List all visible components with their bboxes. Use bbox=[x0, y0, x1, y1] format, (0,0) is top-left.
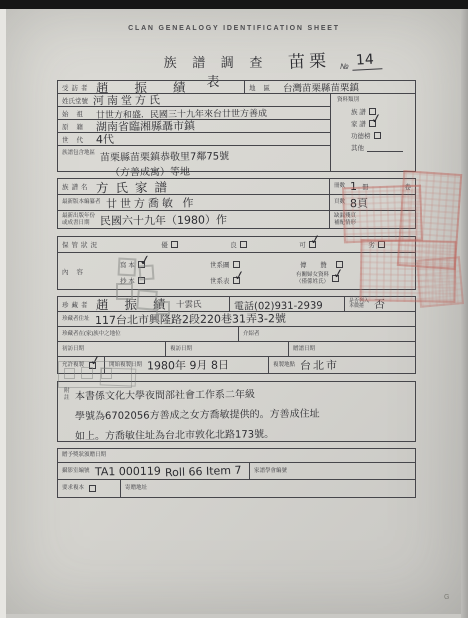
field-pages: 頁數 8頁 bbox=[329, 194, 416, 211]
content-item-label: 世系圖 bbox=[210, 260, 230, 269]
scan-left-edge bbox=[0, 9, 6, 618]
field-generations: 世代 4代 bbox=[57, 132, 331, 146]
field-film-number: 攝影室編號 TA1 000119 Roll 66 Item 7 bbox=[57, 462, 250, 480]
film-number-value: TA1 000119 bbox=[94, 464, 160, 478]
sheet-title: CLAN GENEALOGY IDENTIFICATION SHEET bbox=[0, 25, 468, 32]
field-gift-date: 贈譜日期 bbox=[288, 341, 416, 357]
category-label: 功德榜 bbox=[351, 131, 371, 140]
field-defect: 缺漏殘頁 補配情形 bbox=[329, 210, 416, 229]
checkbox bbox=[369, 108, 376, 115]
volumes-unit2: 卷 bbox=[405, 182, 412, 191]
condition-opt-label: 優 bbox=[161, 240, 168, 249]
checkbox: ✓ bbox=[332, 275, 339, 282]
content-women-data: 有關婦女資料 （僅係姓氏） ✓ bbox=[296, 272, 339, 285]
category-item-jiapu: 家 譜 ✓ bbox=[351, 119, 376, 128]
condition-label: 保管狀況 bbox=[62, 240, 100, 249]
notes-label-2: 註 bbox=[64, 395, 70, 402]
condition-opt-excellent: 優 bbox=[161, 240, 178, 249]
first-visit-label: 初訪日期 bbox=[62, 346, 84, 353]
field-permit-copy: 允許複製 ✓ bbox=[57, 356, 105, 374]
notes-line3: 如上。方喬敏住址為台北市敦化北路173號。 bbox=[74, 425, 319, 443]
interviewee-label: 受訪者 bbox=[62, 83, 91, 92]
category-label: 族 譜 bbox=[351, 107, 366, 116]
scanned-document: CLAN GENEALOGY IDENTIFICATION SHEET 族 譜 … bbox=[0, 0, 468, 618]
field-content: 內容 寫 本 ✓ 抄 本 世系圖 世系表 ✓ 傳 贊 有關婦女資料 （僅係姓氏）… bbox=[57, 252, 416, 290]
copy-place-value: 台北市 bbox=[300, 357, 339, 373]
content-copy: 抄 本 bbox=[120, 276, 145, 285]
generations-label: 世代 bbox=[62, 135, 91, 144]
field-compiler: 最新版本編纂者 廿世方喬敏 作 bbox=[57, 194, 330, 211]
condition-opt-fair: 可 ✓ bbox=[299, 240, 316, 249]
field-microfilm-question: 是否列入 本微捲 否 bbox=[344, 296, 416, 312]
field-pubdate: 最新出版年份 或成書日期 民國六十九年（1980）作 bbox=[57, 210, 330, 229]
field-hall: 姓氏堂號 河南堂方氏 bbox=[57, 93, 331, 107]
category-box: 資料類別 族 譜 家 譜 ✓ 功德榜 其他 bbox=[330, 93, 416, 172]
number-value: 14 bbox=[352, 51, 383, 71]
permit-copy-label: 允許複製 bbox=[62, 362, 84, 369]
category-item-gongdebang: 功德榜 bbox=[351, 131, 381, 140]
field-award-date: 贈予獎狀頒贈日期 bbox=[57, 448, 416, 463]
defect-label2: 補配情形 bbox=[334, 220, 356, 227]
content-item-label: 寫 本 bbox=[120, 260, 135, 269]
coverage-line1: 苗栗縣苗栗鎮恭敬里7鄰75號 bbox=[100, 147, 229, 163]
checkbox bbox=[233, 261, 240, 268]
gift-date-label: 贈譜日期 bbox=[293, 346, 315, 353]
checkbox: ✓ bbox=[233, 277, 240, 284]
checkbox bbox=[171, 241, 178, 248]
notes-line1: 本書係文化大學夜間部社會工作系二年級 bbox=[74, 385, 319, 403]
field-genealogy-title: 族譜名 方氏家譜 bbox=[57, 178, 330, 195]
compiler-value: 廿世方喬敏 作 bbox=[105, 194, 196, 211]
condition-opt-label: 可 bbox=[299, 240, 306, 249]
award-date-label: 贈予獎狀頒贈日期 bbox=[62, 452, 106, 459]
condition-opt-good: 良 bbox=[230, 240, 247, 249]
film-roll-value: Roll 66 Item 7 bbox=[165, 463, 242, 479]
volumes-unit: 冊 bbox=[362, 182, 369, 191]
condition-opt-label: 劣 bbox=[368, 240, 375, 249]
checkbox bbox=[138, 277, 145, 284]
holder-position-label: 珍藏者在(家)族中之地位 bbox=[62, 331, 121, 338]
compiler-label: 最新版本編纂者 bbox=[62, 199, 101, 206]
checkbox bbox=[89, 485, 96, 492]
holder-address-label: 珍藏者住址 bbox=[62, 316, 90, 323]
field-first-visit: 初訪日期 bbox=[57, 341, 166, 357]
field-condition: 保管狀況 優 良 可 ✓ 劣 bbox=[57, 236, 416, 253]
microfilm-label2: 本微捲 bbox=[349, 304, 369, 310]
content-item-label: 傳 贊 bbox=[300, 260, 333, 269]
copy-date-label: 開始複製日期 bbox=[109, 362, 142, 369]
notes-box: 附 註 本書係文化大學夜間部社會工作系二年級 學號為6702056方善成之女方喬… bbox=[57, 381, 416, 442]
field-revisit: 複訪日期 bbox=[165, 341, 289, 357]
copy-place-label: 複製地點 bbox=[273, 362, 295, 369]
field-copy-place: 複製地點 台北市 bbox=[268, 356, 416, 374]
holder-label: 珍藏者 bbox=[62, 300, 91, 309]
coverage-label: 族譜包含地區 bbox=[62, 150, 95, 157]
content-lineage-chart: 世系圖 bbox=[210, 260, 240, 269]
introducer-label: 介紹者 bbox=[243, 331, 260, 338]
mailing-address-label: 寄贈地址 bbox=[125, 485, 147, 492]
checkbox: ✓ bbox=[309, 241, 316, 248]
field-coverage: 族譜包含地區 苗栗縣苗栗鎮恭敬里7鄰75號 （方善成寓）等地 bbox=[57, 145, 331, 172]
category-label: 家 譜 bbox=[351, 119, 366, 128]
checkbox bbox=[240, 241, 247, 248]
founder-label: 始祖 bbox=[62, 109, 91, 118]
condition-opt-poor: 劣 bbox=[368, 240, 385, 249]
field-copy-date: 開始複製日期 1980年 9月 8日 bbox=[104, 356, 269, 374]
content-portrait-eulogy: 傳 贊 bbox=[300, 260, 343, 269]
copy-request-label: 要求複本 bbox=[62, 485, 84, 492]
field-holder-position: 珍藏者在(家)族中之地位 bbox=[57, 326, 239, 342]
field-copy-request: 要求複本 bbox=[57, 479, 121, 498]
pubdate-label2: 或成書日期 bbox=[62, 220, 95, 227]
volumes-value: 1 bbox=[350, 180, 357, 193]
coverage-line2: （方善成寓）等地 bbox=[110, 162, 229, 178]
field-introducer: 介紹者 bbox=[238, 326, 416, 342]
region-handwritten: 苗栗 bbox=[288, 46, 331, 72]
copy-date-value: 1980年 9月 8日 bbox=[147, 357, 229, 374]
area-label: 地區 bbox=[249, 83, 278, 92]
checkbox bbox=[374, 132, 381, 139]
number-label: № bbox=[340, 62, 349, 71]
film-number-label: 攝影室編號 bbox=[62, 468, 90, 475]
content-item-label: 世系表 bbox=[210, 276, 230, 285]
women-label2: （僅係姓氏） bbox=[296, 279, 329, 286]
checkbox bbox=[336, 261, 343, 268]
origin-label: 原籍 bbox=[62, 122, 91, 131]
scan-top-bar bbox=[0, 0, 468, 9]
field-society-number: 家譜學會編號 bbox=[249, 462, 416, 480]
category-other-label: 其他 bbox=[351, 143, 364, 152]
field-holder-address: 珍藏者住址 117台北市興隆路2段220巷31弄3-2號 bbox=[57, 311, 416, 327]
pubdate-value: 民國六十九年（1980）作 bbox=[100, 211, 227, 228]
hall-label: 姓氏堂號 bbox=[62, 96, 88, 105]
society-number-label: 家譜學會編號 bbox=[254, 468, 287, 475]
holder-suffix: 十雲氏 bbox=[176, 298, 202, 310]
content-lineage-table: 世系表 ✓ bbox=[210, 276, 240, 285]
checkbox: ✓ bbox=[369, 120, 376, 127]
category-item-zupu: 族 譜 bbox=[351, 107, 376, 116]
notes-line2: 學號為6702056方善成之女方喬敏提供的。方善成住址 bbox=[74, 405, 319, 423]
other-blank-line bbox=[367, 143, 403, 152]
volumes-label: 冊數 bbox=[334, 183, 345, 190]
pages-value: 8頁 bbox=[350, 194, 368, 210]
category-item-other: 其他 bbox=[351, 143, 403, 152]
scan-right-edge bbox=[461, 9, 468, 618]
field-holder: 珍藏者 趙 振 績 十雲氏 bbox=[57, 296, 230, 312]
category-title: 資料類別 bbox=[337, 97, 359, 104]
field-volumes: 冊數 1 冊 卷 bbox=[329, 178, 416, 195]
checkbox: ✓ bbox=[138, 261, 145, 268]
genealogy-title-label: 族譜名 bbox=[62, 182, 91, 191]
checkbox: ✓ bbox=[89, 362, 96, 369]
corner-mark: G bbox=[444, 594, 449, 601]
microfilm-answer: 否 bbox=[374, 296, 385, 312]
content-item-label: 抄 本 bbox=[120, 276, 135, 285]
checkbox bbox=[378, 241, 385, 248]
field-area: 地區 台灣苗栗縣苗栗鎮 bbox=[244, 80, 416, 94]
revisit-label: 複訪日期 bbox=[170, 346, 192, 353]
field-mailing-address: 寄贈地址 bbox=[120, 479, 416, 498]
condition-opt-label: 良 bbox=[230, 240, 237, 249]
content-label: 內容 bbox=[62, 267, 91, 276]
pages-label: 頁數 bbox=[334, 199, 345, 206]
content-manuscript: 寫 本 ✓ bbox=[120, 260, 145, 269]
